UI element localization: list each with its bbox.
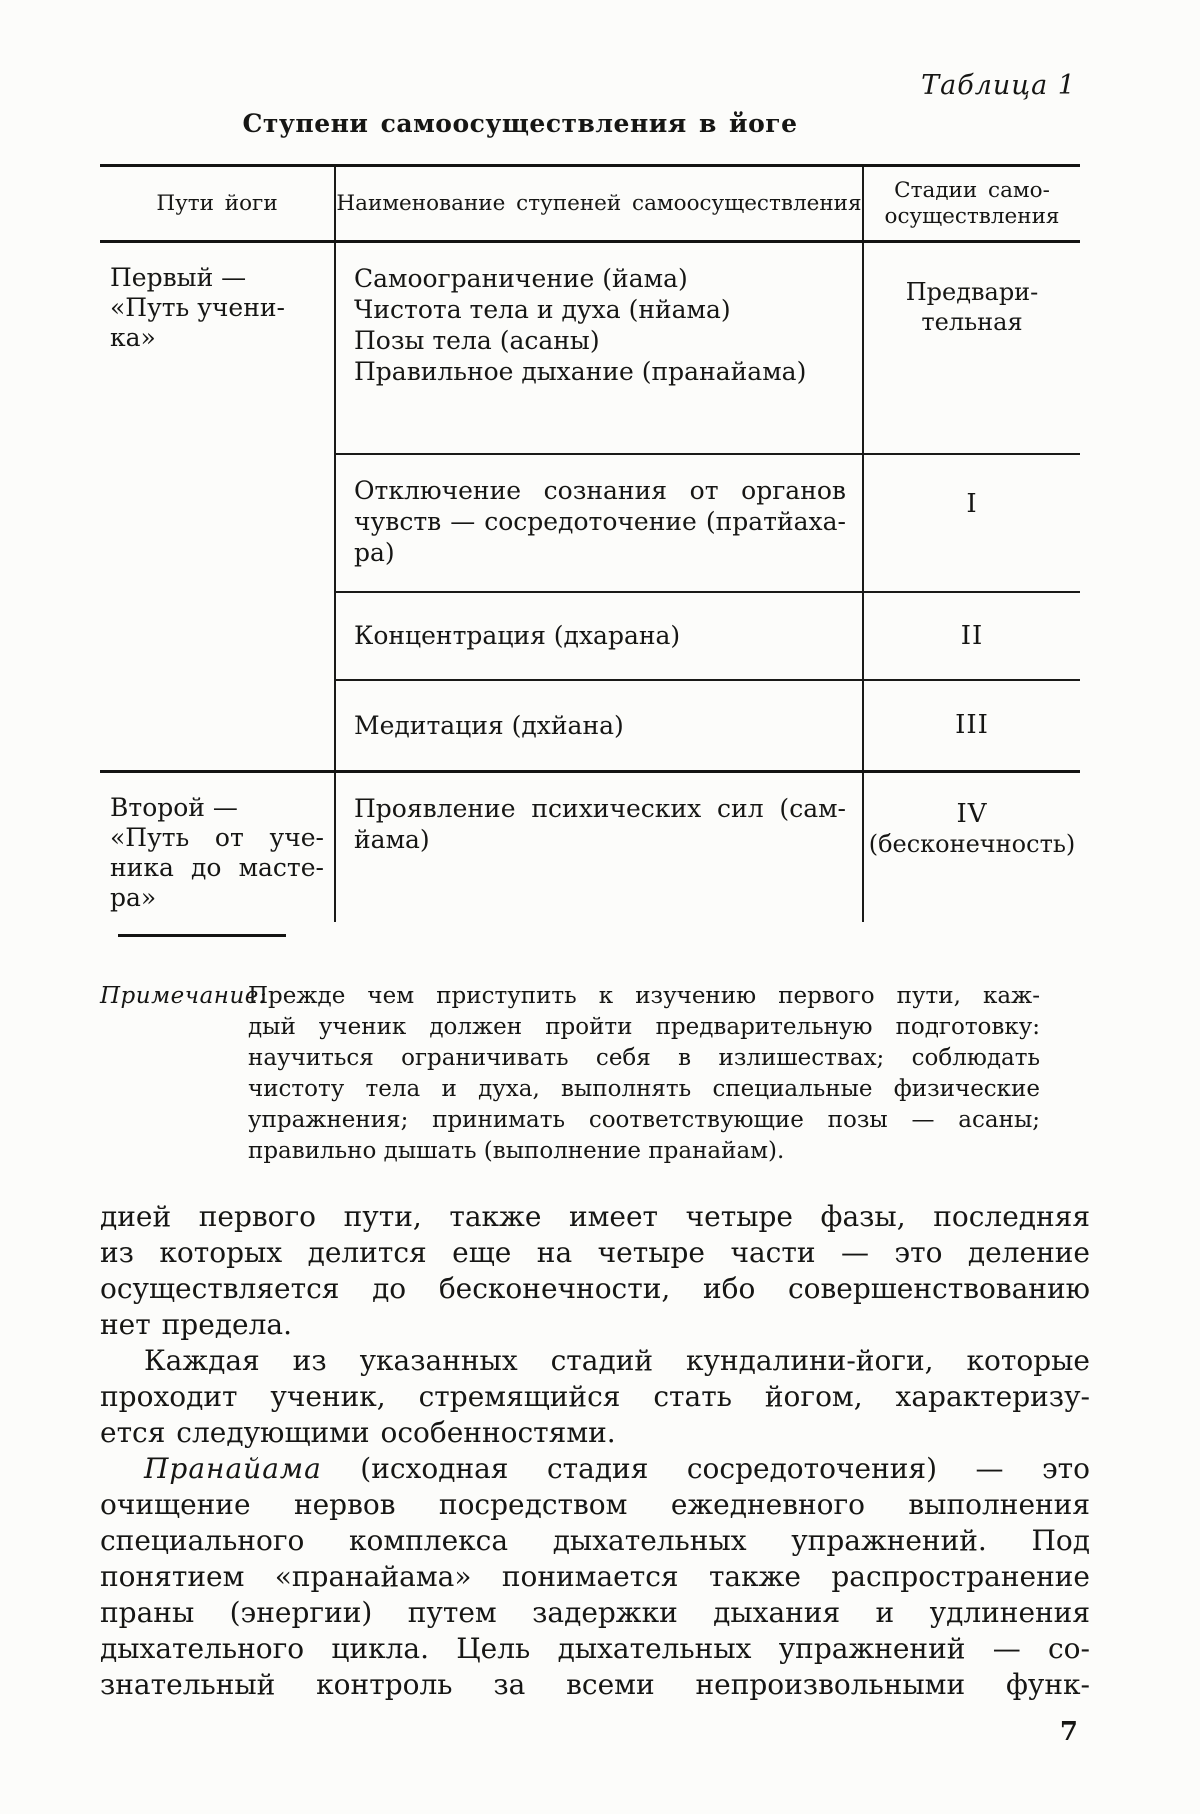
text-line: ется следующими особенностями. [100,1415,1090,1451]
text-line: нет предела. [100,1307,1090,1343]
text-line: проходит ученик, стремящийся стать йогом… [100,1379,1090,1415]
text-line: Предвари- [864,277,1080,307]
text-line: тельная [864,307,1080,337]
text-line: ра» [110,883,324,913]
note-block: Примечание: Прежде чем приступить к изуч… [100,981,1040,1167]
stage-cell: IV (бесконечность) [863,772,1080,922]
note-text: Прежде чем приступить к изучению первого… [248,981,1040,1167]
text-line: Позы тела (асаны) [354,325,846,356]
page-title: Ступени самоосуществления в йоге [100,109,940,138]
table-header-row: Пути йоги Наименование ступеней самоосущ… [100,166,1080,242]
text-line: праны (энергии) путем задержки дыхания и… [100,1595,1090,1631]
text-line: чистоту тела и духа, выполнять специальн… [248,1074,1040,1105]
steps-cell: Концентрация (дхарана) [335,592,863,680]
steps-cell: Отключение сознания от органов чувств — … [335,454,863,592]
text-line: дией первого пути, также имеет четыре фа… [100,1199,1090,1235]
stage-cell: I [863,454,1080,592]
text-line: Правильное дыхание (пранайама) [354,356,846,387]
text-line: Прежде чем приступить к изучению первого… [248,981,1040,1012]
text-line: Второй — [110,793,324,823]
path-cell-first: Первый — «Путь учени- ка» [100,242,335,772]
text-span: (исходная стадия сосредоточения) — это [322,1452,1090,1485]
text-line: «Путь от уче- [110,823,324,853]
book-page: Таблица 1 Ступени самоосуществления в йо… [0,0,1200,1814]
yoga-stages-table: Пути йоги Наименование ступеней самоосущ… [100,164,1080,922]
table-bottom-rule [118,934,286,937]
text-line: Чистота тела и духа (нйама) [354,294,846,325]
text-line: упражнения; принимать соответствующие по… [248,1105,1040,1136]
col-header-stages: Стадии само- осуществления [863,166,1080,242]
text-line: «Путь учени- [110,293,324,323]
page-number: 7 [100,1717,1090,1747]
text-line: ника до масте- [110,853,324,883]
text-line: правильно дышать (выполнение пранайам). [248,1136,1040,1167]
steps-cell: Проявление психических сил (сам- йама) [335,772,863,922]
text-line: йама) [354,824,846,855]
text-line: очищение нервов посредством ежедневного … [100,1487,1090,1523]
text-line: ка» [110,323,324,353]
text-line: Первый — [110,263,324,293]
stage-cell: II [863,592,1080,680]
text-line: осуществляется до бесконечности, ибо сов… [100,1271,1090,1307]
stage-numeral: II [864,621,1080,651]
text-line: (бесконечность) [864,829,1080,859]
text-line: знательный контроль за всеми непроизволь… [100,1667,1090,1703]
stage-cell: Предвари- тельная [863,242,1080,454]
stage-cell: III [863,680,1080,772]
stage-numeral: IV [864,799,1080,829]
text-line: Пранайама (исходная стадия сосредоточени… [100,1451,1090,1487]
text-line: ра) [354,537,846,568]
col-header-paths: Пути йоги [100,166,335,242]
text-line: чувств — сосредоточение (пратйаха- [354,506,846,537]
text-line: Каждая из указанных стадий кундалини-йог… [100,1343,1090,1379]
text-line: Отключение сознания от органов [354,475,846,506]
table-row: Второй — «Путь от уче- ника до масте- ра… [100,772,1080,922]
body-paragraph: Каждая из указанных стадий кундалини-йог… [100,1343,1090,1451]
steps-cell: Медитация (дхйана) [335,680,863,772]
term-pranayama: Пранайама [144,1452,322,1485]
text-line: Концентрация (дхарана) [354,620,846,651]
text-line: из которых делится еще на четыре части —… [100,1235,1090,1271]
table-row: Первый — «Путь учени- ка» Самоограничени… [100,242,1080,454]
body-text: дией первого пути, также имеет четыре фа… [100,1199,1090,1703]
text-line: дый ученик должен пройти предварительную… [248,1012,1040,1043]
path-cell-second: Второй — «Путь от уче- ника до масте- ра… [100,772,335,922]
body-paragraph: дией первого пути, также имеет четыре фа… [100,1199,1090,1343]
text-line: понятием «пранайама» понимается также ра… [100,1559,1090,1595]
col-header-steps: Наименование ступеней самоосуществления [335,166,863,242]
table-label: Таблица 1 [100,70,1090,101]
text-line: специального комплекса дыхательных упраж… [100,1523,1090,1559]
text-line: осуществления [864,204,1080,230]
stage-numeral: III [864,710,1080,740]
text-line: Медитация (дхйана) [354,710,846,741]
text-line: Стадии само- [864,178,1080,204]
text-line: научиться ограничивать себя в излишества… [248,1043,1040,1074]
note-label: Примечание: [100,981,267,1012]
text-line: Проявление психических сил (сам- [354,793,846,824]
text-line: Самоограничение (йама) [354,263,846,294]
stage-numeral: I [864,489,1080,519]
text-line: дыхательного цикла. Цель дыхательных упр… [100,1631,1090,1667]
steps-cell: Самоограничение (йама) Чистота тела и ду… [335,242,863,454]
body-paragraph: Пранайама (исходная стадия сосредоточени… [100,1451,1090,1703]
